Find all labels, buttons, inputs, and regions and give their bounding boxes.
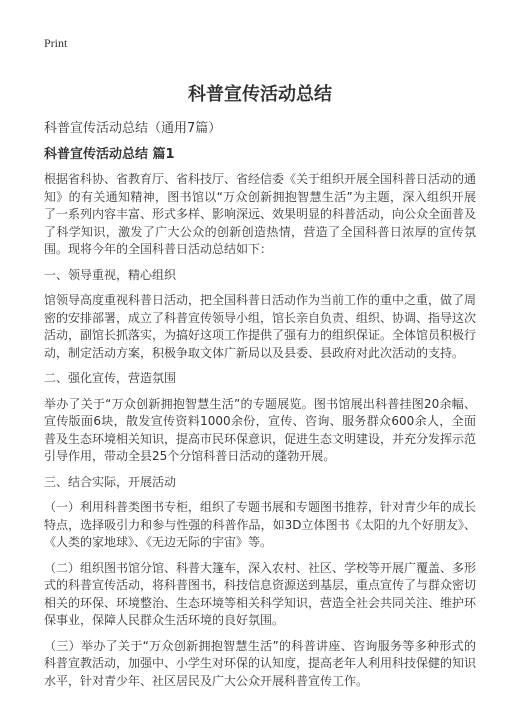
section-3-item-1: （一）利用科普类图书专柜，组织了专题书展和专题图书推荐，针对青少年的成长特点，选…	[44, 499, 476, 552]
page-title: 科普宣传活动总结	[44, 84, 476, 106]
section-3-item-2: （二）组织图书馆分馆、科普大篷车，深入农村、社区、学校等开展广覆盖、多形式的科普…	[44, 560, 476, 630]
article-heading: 科普宣传活动总结 篇1	[44, 146, 476, 163]
intro-paragraph: 根据省科协、省教育厅、省科技厅、省经信委《关于组织开展全国科普日活动的通知》的有…	[44, 171, 476, 259]
section-2-paragraph: 举办了关于“万众创新拥抱智慧生活”的专题展览。图书馆展出科普挂图20余幅、宣传版…	[44, 396, 476, 466]
section-3-item-3: （三）举办了关于“万众创新拥抱智慧生活”的科普讲座、咨询服务等多种形式的科普宣教…	[44, 638, 476, 691]
print-row: Print	[44, 32, 476, 67]
page-subtitle: 科普宣传活动总结（通用7篇）	[44, 120, 476, 137]
section-3-title: 三、结合实际，开展活动	[44, 474, 476, 492]
section-1-paragraph: 馆领导高度重视科普日活动，把全国科普日活动作为当前工作的重中之重，做了周密的安排…	[44, 292, 476, 362]
print-link[interactable]: Print	[44, 36, 67, 50]
section-2-title: 二、强化宣传，营造氛围	[44, 370, 476, 388]
section-1-title: 一、领导重视，精心组织	[44, 267, 476, 285]
document-page: Print 科普宣传活动总结 科普宣传活动总结（通用7篇） 科普宣传活动总结 篇…	[0, 0, 520, 718]
